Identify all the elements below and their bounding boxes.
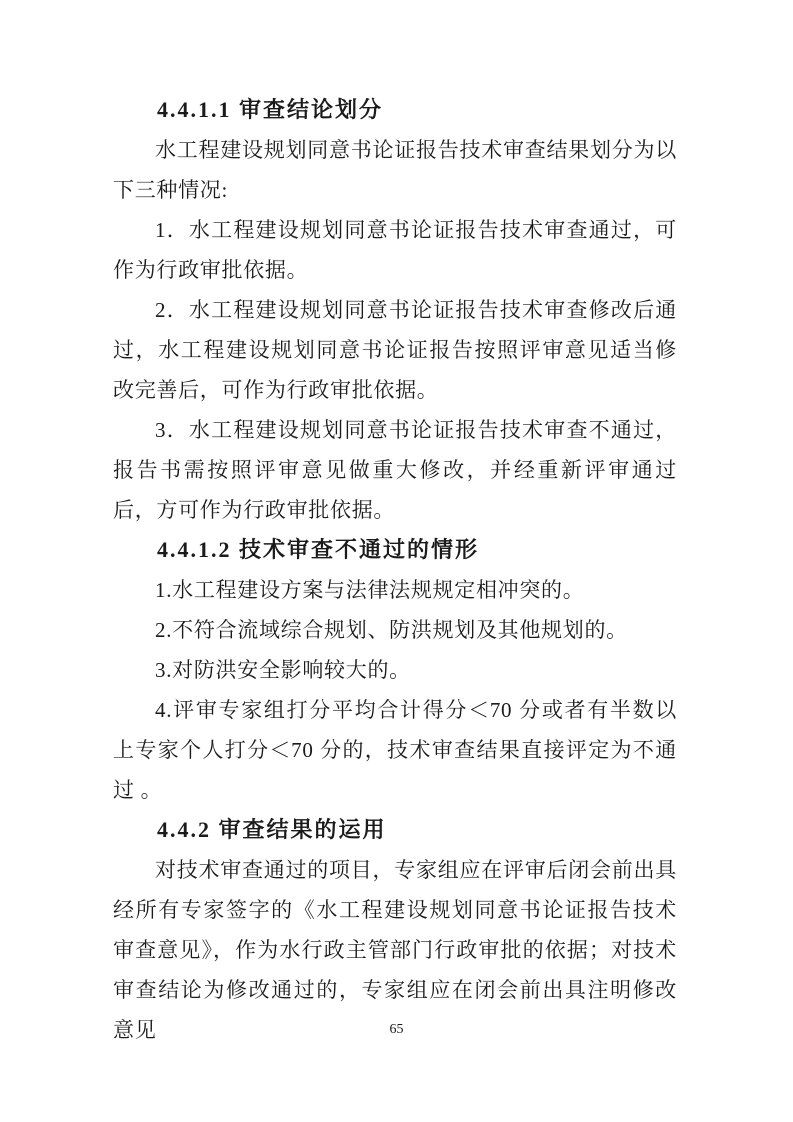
page-number: 65	[0, 1020, 793, 1040]
document-page: 4.4.1.1 审查结论划分 水工程建设规划同意书论证报告技术审查结果划分为以下…	[0, 0, 793, 1122]
para-item-review-passed: 1．水工程建设规划同意书论证报告技术审查通过，可作为行政审批依据。	[113, 210, 677, 290]
section-heading-result-application: 4.4.2 审查结果的运用	[113, 810, 677, 850]
para-failure-case-flood-safety: 3.对防洪安全影响较大的。	[113, 650, 677, 690]
para-item-review-failed: 3．水工程建设规划同意书论证报告技术审查不通过，报告书需按照评审意见做重大修改，…	[113, 410, 677, 530]
section-heading-failure-circumstances: 4.4.1.2 技术审查不通过的情形	[113, 530, 677, 570]
section-heading-review-conclusion-classification: 4.4.1.1 审查结论划分	[113, 90, 677, 130]
para-review-result-intro: 水工程建设规划同意书论证报告技术审查结果划分为以下三种情况:	[113, 130, 677, 210]
para-failure-case-law-conflict: 1.水工程建设方案与法律法规规定相冲突的。	[113, 570, 677, 610]
document-content: 4.4.1.1 审查结论划分 水工程建设规划同意书论证报告技术审查结果划分为以下…	[113, 90, 677, 1050]
para-item-passed-after-revision: 2．水工程建设规划同意书论证报告技术审查修改后通过，水工程建设规划同意书论证报告…	[113, 290, 677, 410]
para-failure-case-score-below-70: 4.评审专家组打分平均合计得分＜70 分或者有半数以上专家个人打分＜70 分的，…	[113, 690, 677, 810]
para-failure-case-planning-mismatch: 2.不符合流域综合规划、防洪规划及其他规划的。	[113, 610, 677, 650]
